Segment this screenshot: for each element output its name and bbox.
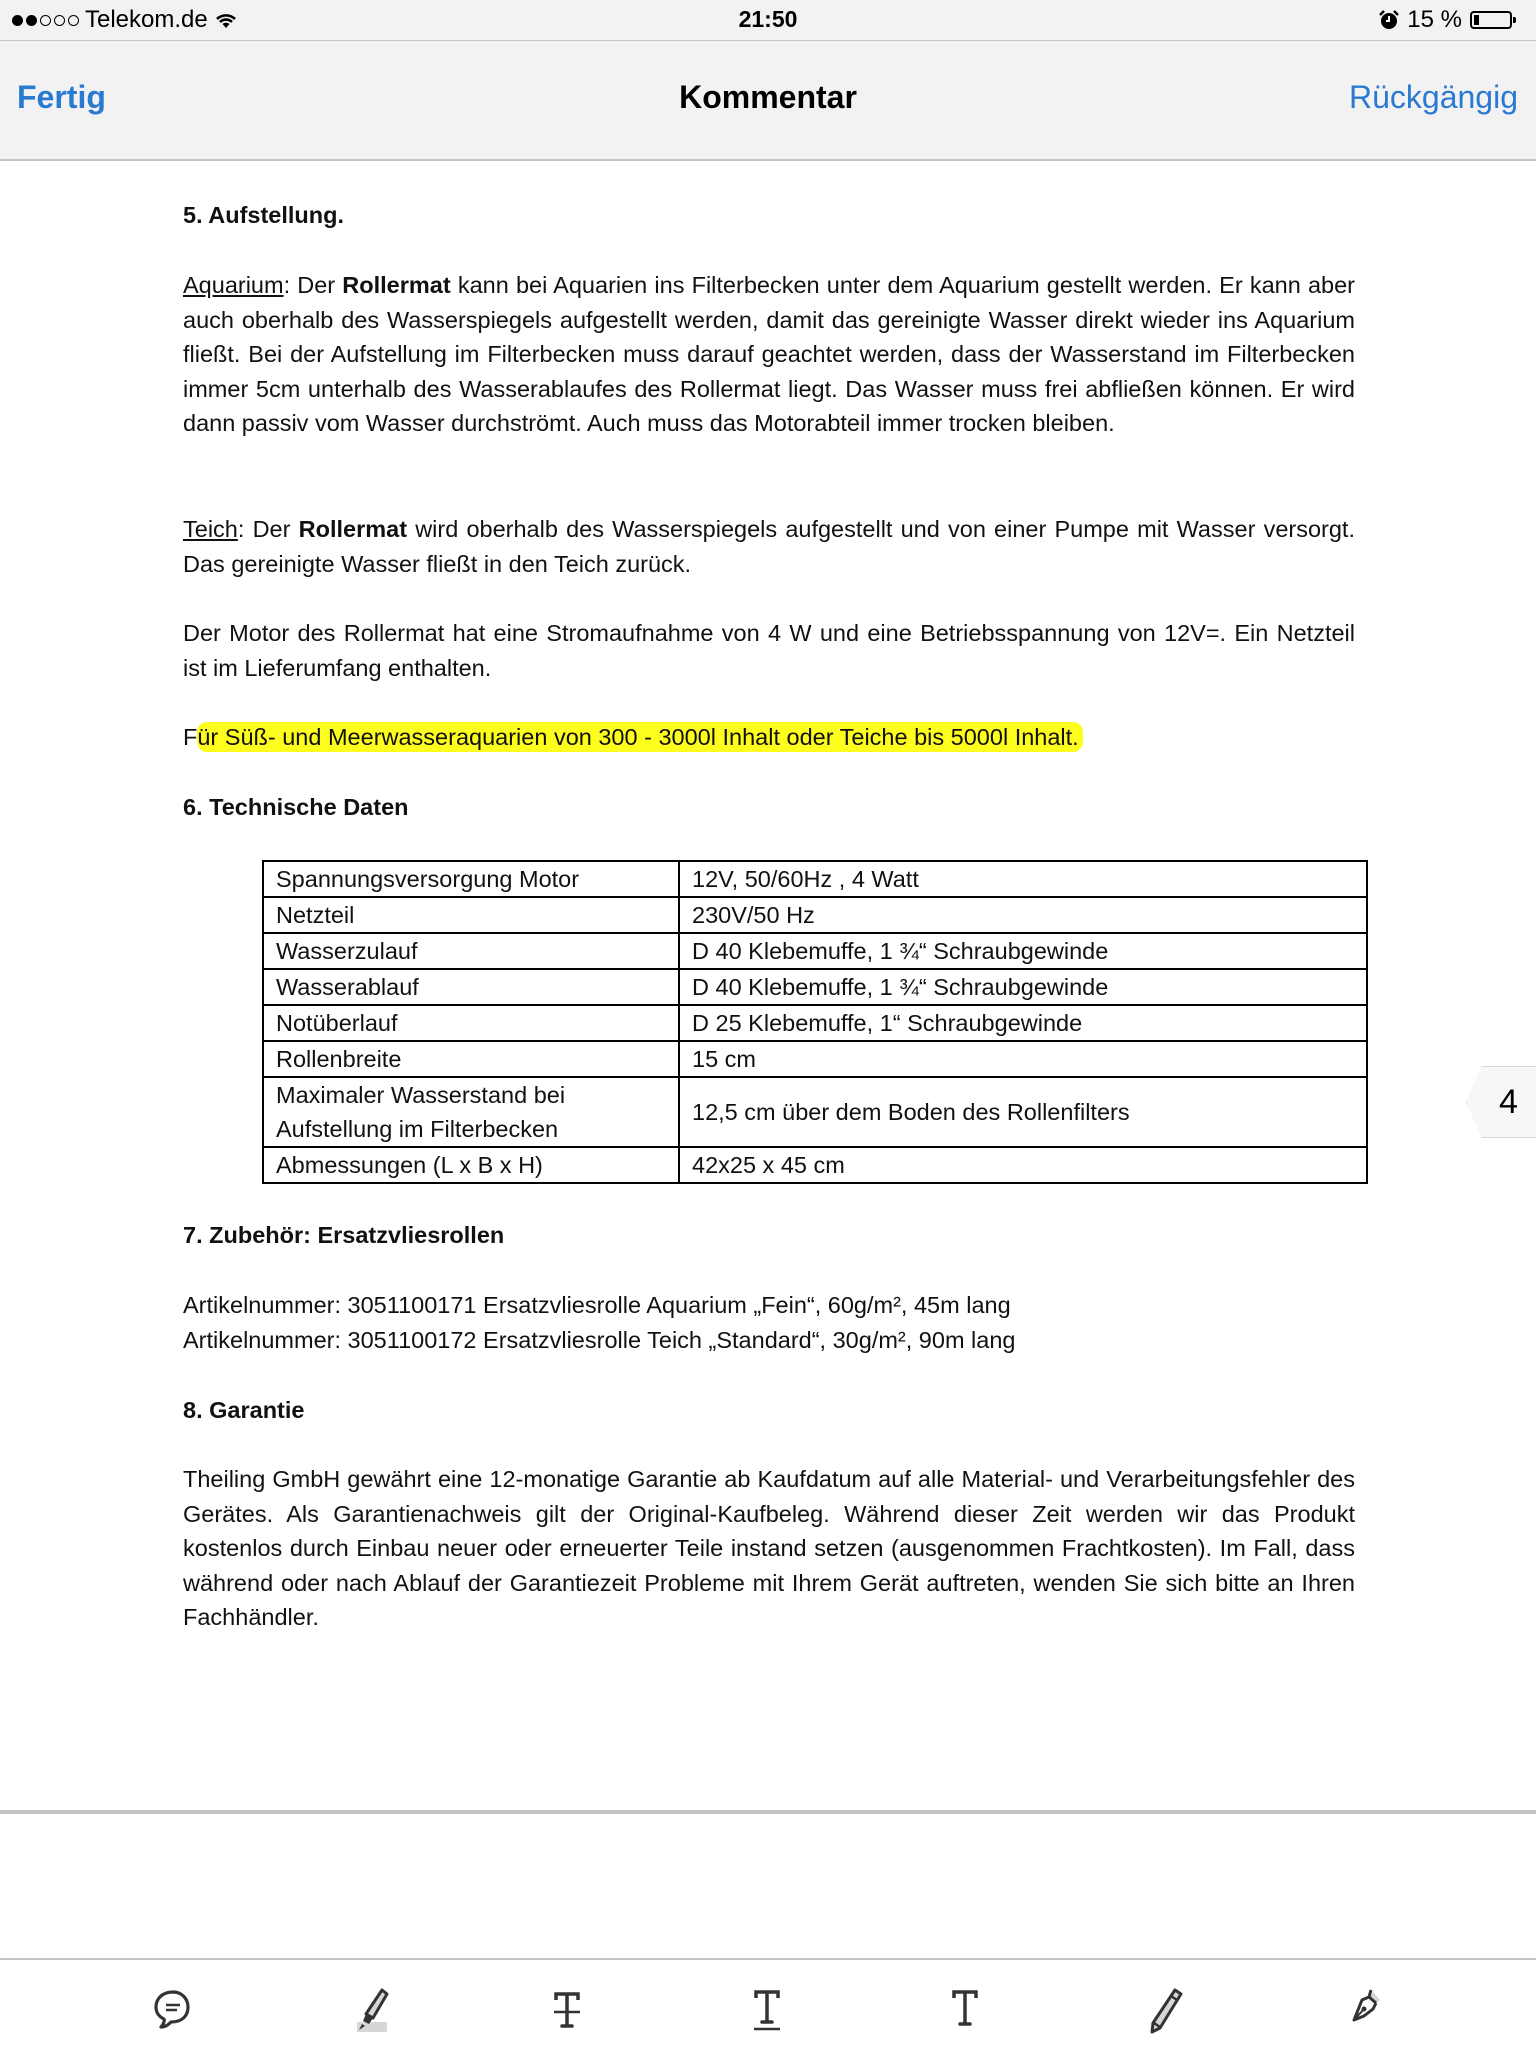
pencil-tool-button[interactable] [1136, 1982, 1192, 2038]
page-number-indicator[interactable]: 4 [1466, 1066, 1536, 1138]
accessory-item: Artikelnummer: 3051100171 Ersatzvliesrol… [183, 1288, 1355, 1323]
section-heading-aufstellung: 5. Aufstellung. [183, 198, 344, 233]
undo-button[interactable]: Rückgängig [1349, 79, 1518, 116]
table-key-line: Maximaler Wasserstand bei [276, 1078, 666, 1112]
table-key: Wasserablauf [263, 969, 679, 1005]
section-heading-zubehoer: 7. Zubehör: Ersatzvliesrollen [183, 1218, 504, 1253]
highlighter-icon [349, 1986, 397, 2034]
table-row: Maximaler Wasserstand beiAufstellung im … [263, 1077, 1367, 1147]
strikethrough-tool-button[interactable] [540, 1982, 596, 2038]
highlighter-tool-button[interactable] [345, 1982, 401, 2038]
underline-text-icon [744, 1986, 792, 2034]
table-value: 12,5 cm über dem Boden des Rollenfilters [679, 1077, 1367, 1147]
strikethrough-text-icon [544, 1986, 592, 2034]
paragraph-aquarium: Aquarium: Der Rollermat kann bei Aquarie… [183, 268, 1355, 441]
table-key: Spannungsversorgung Motor [263, 861, 679, 897]
paragraph-garantie: Theiling GmbH gewährt eine 12-monatige G… [183, 1462, 1355, 1635]
page-divider [0, 1810, 1536, 1814]
text: : Der [284, 272, 343, 298]
table-row: Rollenbreite15 cm [263, 1041, 1367, 1077]
text-tool-button[interactable] [938, 1982, 994, 2038]
table-key: Rollenbreite [263, 1041, 679, 1077]
rollermat-bold: Rollermat [299, 516, 407, 542]
paragraph-capacity: Für Süß- und Meerwasseraquarien von 300 … [183, 720, 1355, 755]
comment-icon [149, 1986, 197, 2034]
page-title: Kommentar [0, 79, 1536, 116]
table-key: Notüberlauf [263, 1005, 679, 1041]
highlight-annotation[interactable]: ür Süß- und Meerwasseraquarien von 300 -… [197, 722, 1082, 752]
aquarium-label: Aquarium [183, 272, 284, 298]
table-key-line: Aufstellung im Filterbecken [276, 1112, 666, 1146]
alarm-clock-icon [1379, 10, 1399, 30]
clock: 21:50 [0, 6, 1536, 33]
teich-label: Teich [183, 516, 238, 542]
comment-tool-button[interactable] [145, 1982, 201, 2038]
table-value: D 40 Klebemuffe, 1 ¾“ Schraubgewinde [679, 933, 1367, 969]
text-icon [942, 1986, 990, 2034]
accessory-item: Artikelnummer: 3051100172 Ersatzvliesrol… [183, 1323, 1355, 1358]
table-value: 230V/50 Hz [679, 897, 1367, 933]
table-key: Maximaler Wasserstand beiAufstellung im … [263, 1077, 679, 1147]
pencil-icon [1140, 1986, 1188, 2034]
table-value: D 25 Klebemuffe, 1“ Schraubgewinde [679, 1005, 1367, 1041]
status-bar: Telekom.de 21:50 15 % [0, 0, 1536, 41]
text: F [183, 724, 197, 750]
annotation-toolbar [0, 1958, 1536, 2048]
table-row: Spannungsversorgung Motor12V, 50/60Hz , … [263, 861, 1367, 897]
technical-data-table: Spannungsversorgung Motor12V, 50/60Hz , … [262, 860, 1368, 1184]
table-row: Netzteil230V/50 Hz [263, 897, 1367, 933]
text: : Der [238, 516, 299, 542]
table-key: Abmessungen (L x B x H) [263, 1147, 679, 1183]
battery-icon [1470, 11, 1512, 29]
section-heading-technische-daten: 6. Technische Daten [183, 790, 409, 825]
table-key: Wasserzulauf [263, 933, 679, 969]
rollermat-bold: Rollermat [342, 272, 450, 298]
battery-percent: 15 % [1407, 6, 1462, 34]
section-heading-garantie: 8. Garantie [183, 1393, 304, 1428]
navigation-bar: Fertig Kommentar Rückgängig [0, 41, 1536, 161]
fountain-pen-icon [1340, 1986, 1388, 2034]
table-row: WasserzulaufD 40 Klebemuffe, 1 ¾“ Schrau… [263, 933, 1367, 969]
paragraph-teich: Teich: Der Rollermat wird oberhalb des W… [183, 512, 1355, 581]
table-row: NotüberlaufD 25 Klebemuffe, 1“ Schraubge… [263, 1005, 1367, 1041]
battery-info: 15 % [1379, 6, 1512, 34]
table-row: WasserablaufD 40 Klebemuffe, 1 ¾“ Schrau… [263, 969, 1367, 1005]
table-value: 42x25 x 45 cm [679, 1147, 1367, 1183]
table-key: Netzteil [263, 897, 679, 933]
underline-tool-button[interactable] [740, 1982, 796, 2038]
table-value: 12V, 50/60Hz , 4 Watt [679, 861, 1367, 897]
table-value: D 40 Klebemuffe, 1 ¾“ Schraubgewinde [679, 969, 1367, 1005]
table-row: Abmessungen (L x B x H)42x25 x 45 cm [263, 1147, 1367, 1183]
pen-tool-button[interactable] [1336, 1982, 1392, 2038]
table-value: 15 cm [679, 1041, 1367, 1077]
paragraph-motor: Der Motor des Rollermat hat eine Stromau… [183, 616, 1355, 685]
